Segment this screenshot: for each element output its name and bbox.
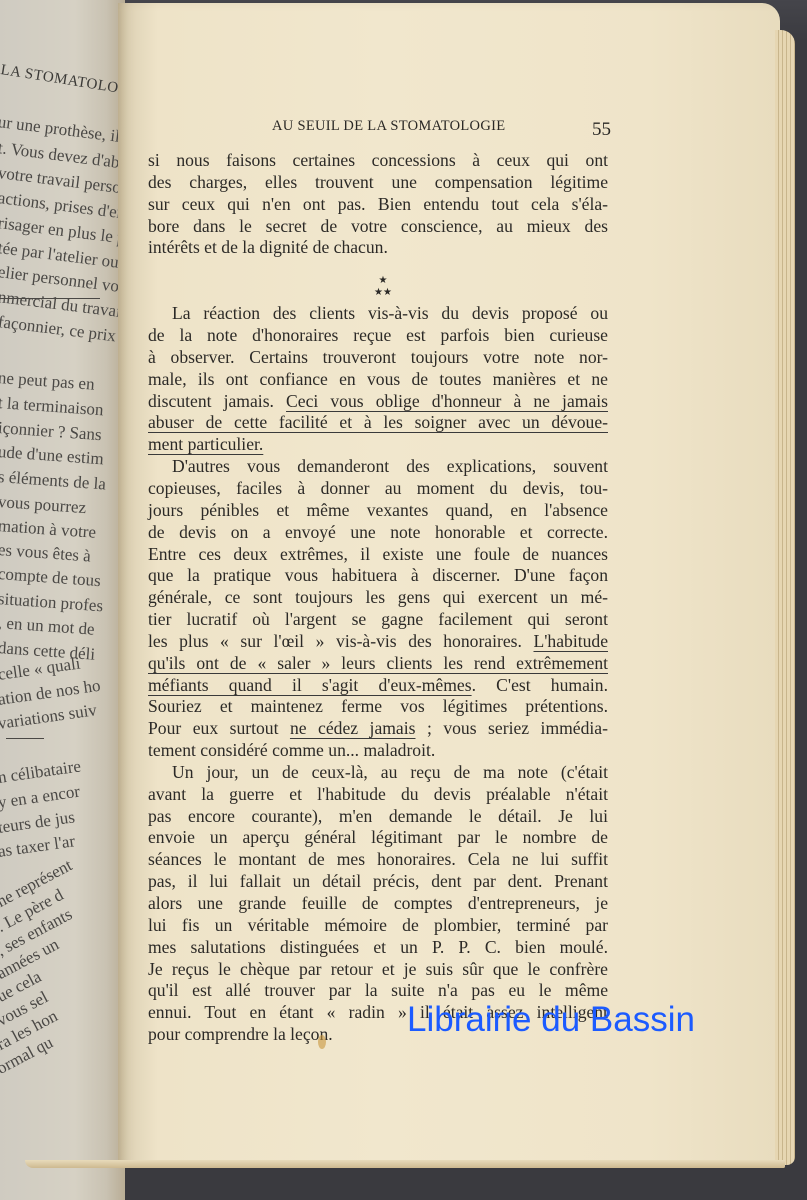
- underlined-passage: ment particulier.: [148, 434, 263, 454]
- left-page-line: es vous êtes à: [0, 540, 91, 566]
- text-line: Un jour, un de ceux-là, au reçu de ma no…: [148, 762, 608, 784]
- body-text: si nous faisons certaines concessions à …: [148, 150, 608, 1046]
- text-line: tier lucratif où l'argent se gagne facil…: [148, 609, 608, 631]
- text-line: pas encore courante), m'en demande le dé…: [148, 806, 608, 828]
- text-line: envoie un aperçu général légitimant par …: [148, 827, 608, 849]
- text-line: male, ils ont confiance en vous de toute…: [148, 369, 608, 391]
- text-line: les plus « sur l'œil » vis-à-vis des hon…: [148, 631, 608, 653]
- text-line: Pour eux surtout ne cédez jamais ; vous …: [148, 718, 608, 740]
- text-line: lui fis un véritable mémoire de plombier…: [148, 915, 608, 937]
- text-span: discutent jamais.: [148, 391, 286, 411]
- text-line: séances le montant de mes honoraires. Ce…: [148, 849, 608, 871]
- left-page-line: compte de tous: [0, 564, 101, 591]
- text-line: Souriez et maintenez ferme vos légitimes…: [148, 696, 608, 718]
- text-span: . C'est humain.: [472, 675, 608, 695]
- text-line: à observer. Certains trouveront toujours…: [148, 347, 608, 369]
- text-line: qu'il est allé trouver par la suite n'a …: [148, 980, 608, 1002]
- text-line: tement considéré comme un... maladroit.: [148, 740, 608, 762]
- text-line: avant la guerre et l'habitude du devis p…: [148, 784, 608, 806]
- left-page-underline: [0, 298, 100, 299]
- text-line: qu'ils ont de « saler » leurs clients le…: [148, 653, 608, 675]
- text-line: jours pénibles et même vexantes quand, e…: [148, 500, 608, 522]
- text-line: discutent jamais. Ceci vous oblige d'hon…: [148, 391, 608, 413]
- left-running-head: LA STOMATOLOGIE: [0, 62, 125, 102]
- left-page-line: ne peut pas en: [0, 368, 95, 395]
- text-line: de la note d'honoraires reçue est parfoi…: [148, 325, 608, 347]
- page-number: 55: [592, 119, 611, 141]
- text-line: méfiants quand il s'agit d'eux-mêmes. C'…: [148, 675, 608, 697]
- paragraph-3: D'autres vous demanderont des explicatio…: [148, 456, 608, 762]
- asterism-divider: ★★★: [148, 259, 608, 303]
- text-line: Entre ces deux extrêmes, il existe une f…: [148, 544, 608, 566]
- left-page-line: içonnier ? Sans: [0, 418, 102, 445]
- underlined-passage: méfiants quand il s'agit d'eux-mêmes: [148, 675, 472, 695]
- paper-stain: [318, 1035, 326, 1049]
- page-edges: [775, 30, 795, 1165]
- text-line: ment particulier.: [148, 434, 608, 456]
- underlined-passage: abuser de cette facilité et à les soigne…: [148, 412, 608, 432]
- left-page-line: ude d'une estim: [0, 442, 104, 469]
- text-line: si nous faisons certaines concessions à …: [148, 150, 608, 172]
- left-facing-page: LA STOMATOLOGIE ur une prothèse, il faut…: [0, 0, 125, 1200]
- text-line: abuser de cette facilité et à les soigne…: [148, 412, 608, 434]
- left-page-line: mation à votre: [0, 516, 97, 543]
- text-line: de devis on a envoyé une note honorable …: [148, 522, 608, 544]
- text-line: copieuses, faciles à donner au moment du…: [148, 478, 608, 500]
- running-head: AU SEUIL DE LA STOMATOLOGIE: [272, 118, 505, 135]
- left-page-line: , en un mot de: [0, 613, 95, 640]
- underlined-passage: L'habitude: [534, 631, 609, 651]
- paragraph-2: La réaction des clients vis-à-vis du dev…: [148, 303, 608, 456]
- text-line: D'autres vous demanderont des explicatio…: [148, 456, 608, 478]
- left-page-line: s éléments de la: [0, 467, 107, 494]
- text-span: ; vous seriez immédia-: [415, 718, 608, 738]
- left-page-line: vous pourrez: [0, 492, 87, 518]
- text-line: des charges, elles trouvent une compensa…: [148, 172, 608, 194]
- paragraph-1: si nous faisons certaines concessions à …: [148, 150, 608, 259]
- underlined-passage: Ceci vous oblige d'honneur à ne jamais: [286, 391, 608, 411]
- text-span: les plus « sur l'œil » vis-à-vis des hon…: [148, 631, 534, 651]
- underlined-passage: qu'ils ont de « saler » leurs clients le…: [148, 653, 608, 673]
- watermark-text: Librairie du Bassin: [407, 1000, 695, 1040]
- left-page-line: t la terminaison: [0, 393, 104, 420]
- text-line: La réaction des clients vis-à-vis du dev…: [148, 303, 608, 325]
- text-line: intérêts et de la dignité de chacun.: [148, 237, 608, 259]
- text-line: générale, ce sont toujours les gens qui …: [148, 587, 608, 609]
- text-line: Je reçus le chèque par retour et je suis…: [148, 959, 608, 981]
- page-bottom-edge: [25, 1160, 785, 1168]
- left-page-line: situation profes: [0, 589, 104, 616]
- text-line: que la pratique vous habituera à discern…: [148, 565, 608, 587]
- left-page-underline: [6, 738, 44, 739]
- text-line: pas, il lui fallait un détail précis, de…: [148, 871, 608, 893]
- text-line: bore dans le secret de votre conscience,…: [148, 216, 608, 238]
- text-line: sur ceux qui n'en ont pas. Bien entendu …: [148, 194, 608, 216]
- text-line: mes salutations distinguées et un P. P. …: [148, 937, 608, 959]
- text-line: alors une grande feuille de comptes d'en…: [148, 893, 608, 915]
- text-span: Pour eux surtout: [148, 718, 290, 738]
- underlined-passage: ne cédez jamais: [290, 718, 416, 738]
